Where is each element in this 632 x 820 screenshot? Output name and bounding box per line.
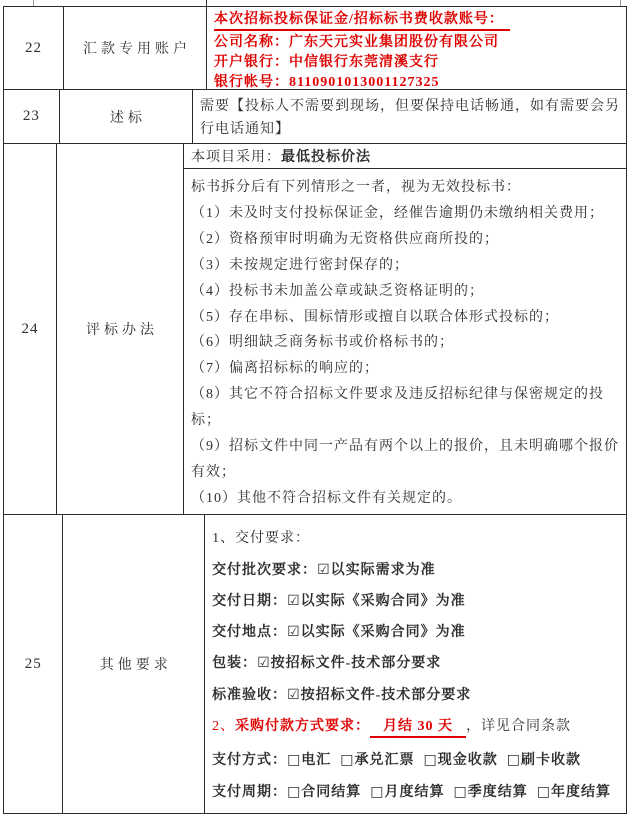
- delivery-batch-line: 交付批次要求：☑以实际需求为准: [212, 559, 620, 579]
- list-item: （7）偏离招标标的响应的；: [191, 357, 619, 377]
- row-number-cell: 23: [4, 90, 60, 143]
- option-label: 月度结算: [385, 785, 445, 800]
- field-label: 支付周期：: [212, 785, 287, 800]
- list-item: 标书拆分后有下列情形之一者，视为无效投标书：: [191, 176, 619, 196]
- invalid-bid-list: 标书拆分后有下列情形之一者，视为无效投标书： （1）未及时支付投标保证金，经催告…: [184, 169, 626, 514]
- row-number-cell: 24: [4, 144, 57, 514]
- checkbox-unchecked-icon: □: [370, 784, 384, 800]
- field-value: 以实际《采购合同》为准: [301, 594, 466, 609]
- payment-label: 采购付款方式要求：: [235, 719, 370, 734]
- payment-method-option: □电汇: [287, 753, 331, 768]
- field-value: 按招标文件-技术部分要求: [301, 688, 472, 703]
- field-label: 包装：: [212, 656, 257, 671]
- field-label: 交付地点：: [212, 625, 287, 640]
- checkbox-unchecked-icon: □: [287, 752, 301, 768]
- option-label: 电汇: [301, 753, 331, 768]
- field-label: 标准验收：: [212, 688, 287, 703]
- row-number-cell: 25: [4, 515, 63, 813]
- checkbox-unchecked-icon: □: [340, 752, 354, 768]
- field-value: 以实际需求为准: [331, 563, 436, 578]
- account-heading-text: 本次招标投标保证金/招标标书费收款账号：: [214, 8, 510, 31]
- delivery-place-line: 交付地点：☑以实际《采购合同》为准: [212, 621, 620, 641]
- list-item: （1）未及时支付投标保证金，经催告逾期仍未缴纳相关费用；: [191, 202, 619, 222]
- checkbox-unchecked-icon: □: [507, 752, 521, 768]
- packaging-line: 包装：☑按招标文件-技术部分要求: [212, 652, 620, 672]
- table-row-23: 23 述标 需要【投标人不需要到现场，但要保持电话畅通，如有需要会另 行电话通知…: [4, 90, 626, 144]
- row-content-cell: 需要【投标人不需要到现场，但要保持电话畅通，如有需要会另 行电话通知】: [193, 90, 626, 143]
- payment-value: 月结 30 天: [370, 715, 466, 738]
- acceptance-standard-line: 标准验收：☑按招标文件-技术部分要求: [212, 684, 620, 704]
- payment-cycle-option: □合同结算: [287, 785, 361, 800]
- table-row-22: 22 汇款专用账户 本次招标投标保证金/招标标书费收款账号： 公司名称：广东天元…: [4, 7, 626, 90]
- content-line: 需要【投标人不需要到现场，但要保持电话畅通，如有需要会另: [200, 95, 620, 115]
- delivery-intro-line: 1、交付要求：: [212, 527, 620, 547]
- field-value: 以实际《采购合同》为准: [301, 625, 466, 640]
- row-content-cell: 本项目采用：最低投标价法 标书拆分后有下列情形之一者，视为无效投标书： （1）未…: [184, 144, 626, 514]
- option-label: 合同结算: [301, 785, 361, 800]
- table-row-24: 24 评标办法 本项目采用：最低投标价法 标书拆分后有下列情形之一者，视为无效投…: [4, 144, 626, 515]
- company-name-line: 公司名称：广东天元实业集团股份有限公司: [214, 31, 620, 51]
- checkbox-checked-icon: ☑: [287, 687, 301, 703]
- payment-cycle-option: □月度结算: [370, 785, 444, 800]
- payment-method-option: □刷卡收款: [507, 753, 581, 768]
- payment-method-option: □承兑汇票: [340, 753, 414, 768]
- method-prefix: 本项目采用：: [191, 146, 281, 166]
- payment-item-no: 2、: [212, 719, 235, 734]
- row-label-other-requirements: 其他要求: [63, 515, 205, 813]
- row-number-cell: 22: [4, 7, 64, 89]
- option-label: 年度结算: [551, 785, 611, 800]
- delivery-date-line: 交付日期：☑以实际《采购合同》为准: [212, 590, 620, 610]
- checkbox-checked-icon: ☑: [257, 655, 271, 671]
- account-heading-line: 本次招标投标保证金/招标标书费收款账号：: [214, 8, 620, 31]
- payment-method-option: □现金收款: [424, 753, 498, 768]
- row-content-cell: 1、交付要求： 交付批次要求：☑以实际需求为准 交付日期：☑以实际《采购合同》为…: [205, 515, 626, 813]
- content-line: 行电话通知】: [200, 118, 620, 138]
- option-label: 季度结算: [468, 785, 528, 800]
- checkbox-unchecked-icon: □: [287, 784, 301, 800]
- option-label: 刷卡收款: [521, 753, 581, 768]
- field-label: 交付批次要求：: [212, 563, 317, 578]
- list-item: （4）投标书未加盖公章或缺乏资格证明的；: [191, 280, 619, 300]
- option-label: 现金收款: [438, 753, 498, 768]
- payment-cycle-option: □季度结算: [454, 785, 528, 800]
- field-value: 按招标文件-技术部分要求: [271, 656, 442, 671]
- row-label-remittance-account: 汇款专用账户: [64, 7, 207, 89]
- checkbox-unchecked-icon: □: [537, 784, 551, 800]
- evaluation-method-line: 本项目采用：最低投标价法: [184, 144, 626, 169]
- list-item: （6）明细缺乏商务标书或价格标书的；: [191, 331, 619, 351]
- checkbox-checked-icon: ☑: [317, 562, 331, 578]
- payment-cycle-option: □年度结算: [537, 785, 611, 800]
- list-item: （5）存在串标、围标情形或擅自以联合体形式投标的；: [191, 306, 619, 326]
- list-item: 标；: [191, 409, 619, 429]
- list-item: （2）资格预审时明确为无资格供应商所投的；: [191, 228, 619, 248]
- checkbox-unchecked-icon: □: [454, 784, 468, 800]
- row-label-evaluation-method: 评标办法: [57, 144, 184, 514]
- table-row-25: 25 其他要求 1、交付要求： 交付批次要求：☑以实际需求为准 交付日期：☑以实…: [4, 515, 626, 813]
- option-label: 承兑汇票: [355, 753, 415, 768]
- field-label: 交付日期：: [212, 594, 287, 609]
- payment-cycle-line: 支付周期：□合同结算□月度结算□季度结算□年度结算: [212, 781, 620, 801]
- row-label-bid-presentation: 述标: [60, 90, 193, 143]
- bank-account-line: 银行帐号：8110901013001127325: [214, 71, 620, 91]
- checkbox-unchecked-icon: □: [424, 752, 438, 768]
- bank-name-line: 开户银行：中信银行东莞清溪支行: [214, 51, 620, 71]
- payment-terms-line: 2、采购付款方式要求：月结 30 天，详见合同条款: [212, 715, 620, 738]
- list-item: （8）其它不符合招标文件要求及违反招标纪律与保密规定的投: [191, 383, 619, 403]
- payment-suffix: ，详见合同条款: [466, 719, 571, 734]
- list-item: 有效；: [191, 461, 619, 481]
- method-value: 最低投标价法: [281, 146, 371, 166]
- checkbox-checked-icon: ☑: [287, 624, 301, 640]
- checkbox-checked-icon: ☑: [287, 593, 301, 609]
- field-label: 支付方式：: [212, 753, 287, 768]
- list-item: （10）其他不符合招标文件有关规定的。: [191, 487, 619, 507]
- row-content-cell: 本次招标投标保证金/招标标书费收款账号： 公司名称：广东天元实业集团股份有限公司…: [207, 7, 626, 89]
- payment-method-line: 支付方式：□电汇□承兑汇票□现金收款□刷卡收款: [212, 749, 620, 769]
- list-item: （9）招标文件中同一产品有两个以上的报价，且未明确哪个报价: [191, 435, 619, 455]
- tender-info-table: 22 汇款专用账户 本次招标投标保证金/招标标书费收款账号： 公司名称：广东天元…: [3, 6, 627, 814]
- list-item: （3）未按规定进行密封保存的；: [191, 254, 619, 274]
